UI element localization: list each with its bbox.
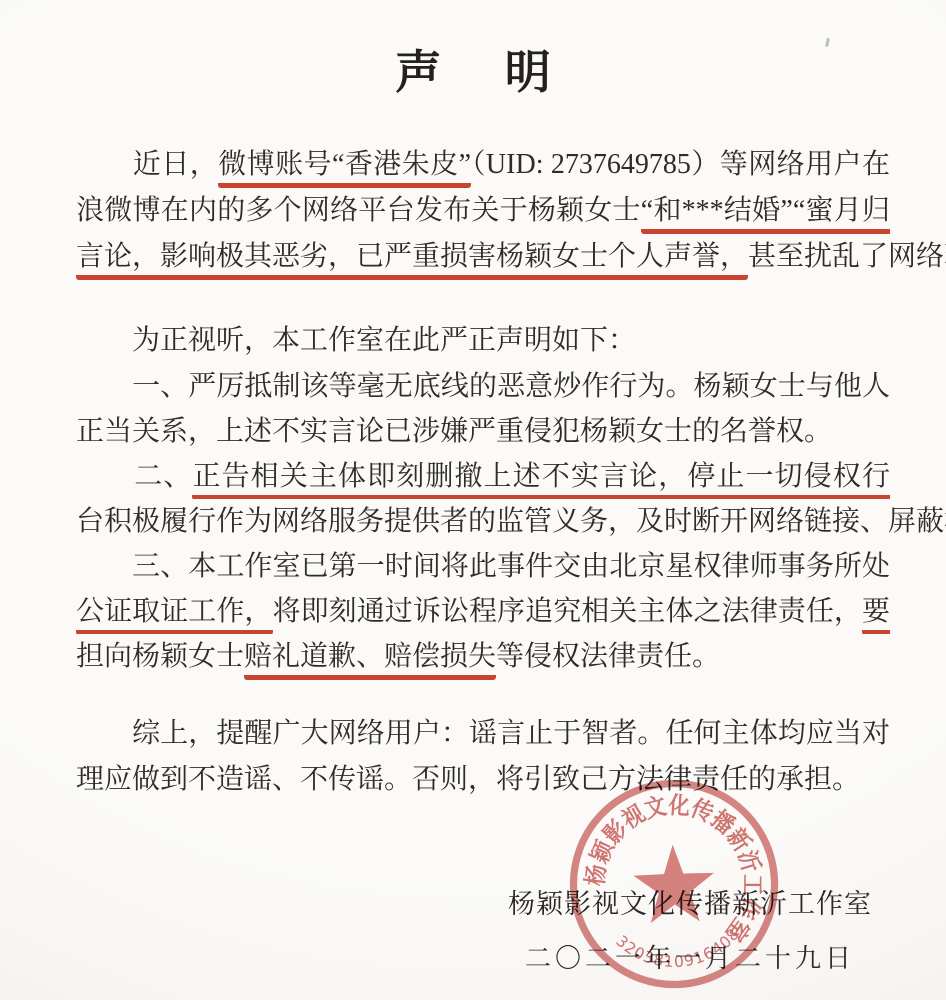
underlined-phrase: 言论，影响极其恶劣，已严重损害杨颖女士个人声誉，	[76, 241, 748, 280]
text-segment: 为正视听，本工作室在此严正声明如下：	[76, 325, 636, 356]
text-segment: 三、本工作室已第一时间将此事件交由北京星权律师事务所处理，	[76, 551, 890, 589]
doc-line: 综上，提醒广大网络用户：谣言止于智者。任何主体均应当对其言行负责，	[76, 711, 890, 757]
signature-block: 杨颖影视文化传播新沂工作室 二〇二一年一月二十九日	[508, 882, 872, 975]
text-segment: 综上，提醒广大网络用户：谣言止于智者。任何主体均应当对其言行负责，	[76, 718, 890, 757]
signature-line: 杨颖影视文化传播新沂工作室	[508, 882, 872, 921]
text-segment: 一、严厉抵制该等毫无底线的恶意炒作行为。杨颖女士与他人不存在任何不	[76, 371, 890, 409]
paragraph: 综上，提醒广大网络用户：谣言止于智者。任何主体均应当对其言行负责，理应做到不造谣…	[76, 711, 890, 803]
text-segment: 正当关系，上述不实言论已涉嫌严重侵犯杨颖女士的名誉权。	[76, 416, 832, 447]
document-body: 近日，微博账号“香港朱皮”（UID: 2737649785）等网络用户在包括抖音…	[76, 142, 890, 803]
paragraph: 为正视听，本工作室在此严正声明如下：	[76, 318, 890, 364]
underlined-phrase: 赔礼道歉、赔偿损失	[244, 641, 496, 680]
doc-line: 浪微博在内的多个网络平台发布关于杨颖女士“和***结婚”“蜜月归来”等不实	[76, 188, 890, 234]
text-segment: 浪微博在内的多个网络平台发布关于杨颖女士	[76, 195, 641, 226]
doc-line: 三、本工作室已第一时间将此事件交由北京星权律师事务所处理，现已完成	[76, 544, 890, 589]
statement-title: 声 明	[0, 36, 946, 102]
doc-line: 担向杨颖女士赔礼道歉、赔偿损失等侵权法律责任。	[76, 634, 890, 679]
underlined-phrase: 微博账号“香港朱皮”	[218, 149, 471, 188]
text-segment: 担向杨颖女士	[76, 641, 244, 672]
paragraph: 一、严厉抵制该等毫无底线的恶意炒作行为。杨颖女士与他人不存在任何不正当关系，上述…	[76, 364, 890, 454]
text-segment: 等侵权法律责任。	[496, 641, 720, 672]
doc-line: 二、正告相关主体即刻删撤上述不实言论，停止一切侵权行为；诚望网络平	[76, 454, 890, 499]
statement-document: 声 明 近日，微博账号“香港朱皮”（UID: 2737649785）等网络用户在…	[0, 0, 946, 1000]
text-segment: 台积极履行作为网络服务提供者的监管义务，及时断开网络链接、屏蔽相关话题。	[76, 506, 946, 537]
doc-line: 理应做到不造谣、不传谣。否则，将引致己方法律责任的承担。	[76, 757, 890, 803]
doc-line: 公证取证工作，将即刻通过诉讼程序追究相关主体之法律责任，要求相关主体承	[76, 589, 890, 634]
paragraph: 三、本工作室已第一时间将此事件交由北京星权律师事务所处理，现已完成公证取证工作，…	[76, 544, 890, 679]
paragraph: 近日，微博账号“香港朱皮”（UID: 2737649785）等网络用户在包括抖音…	[76, 142, 890, 280]
paragraph: 二、正告相关主体即刻删撤上述不实言论，停止一切侵权行为；诚望网络平台积极履行作为…	[76, 454, 890, 544]
doc-line: 言论，影响极其恶劣，已严重损害杨颖女士个人声誉，甚至扰乱了网络环境。	[76, 234, 890, 280]
doc-line: 正当关系，上述不实言论已涉嫌严重侵犯杨颖女士的名誉权。	[76, 409, 890, 454]
underlined-phrase: 公证取证工作，	[76, 596, 273, 634]
text-segment: 甚至扰乱了网络环境。	[748, 241, 946, 272]
text-segment: 近日，	[76, 149, 218, 180]
doc-line: 一、严厉抵制该等毫无底线的恶意炒作行为。杨颖女士与他人不存在任何不	[76, 364, 890, 409]
text-segment: 将即刻通过诉讼程序追究相关主体之法律责任，	[273, 596, 862, 627]
doc-line: 为正视听，本工作室在此严正声明如下：	[76, 318, 890, 364]
underlined-phrase: 正告相关主体即刻删撤上述不实言论，停止一切侵权行为；	[76, 461, 890, 499]
doc-line: 近日，微博账号“香港朱皮”（UID: 2737649785）等网络用户在包括抖音…	[76, 142, 890, 188]
date-line: 二〇二一年一月二十九日	[508, 938, 872, 975]
text-segment: 理应做到不造谣、不传谣。否则，将引致己方法律责任的承担。	[76, 764, 860, 795]
text-segment: 二、	[76, 461, 192, 492]
doc-line: 台积极履行作为网络服务提供者的监管义务，及时断开网络链接、屏蔽相关话题。	[76, 499, 890, 544]
